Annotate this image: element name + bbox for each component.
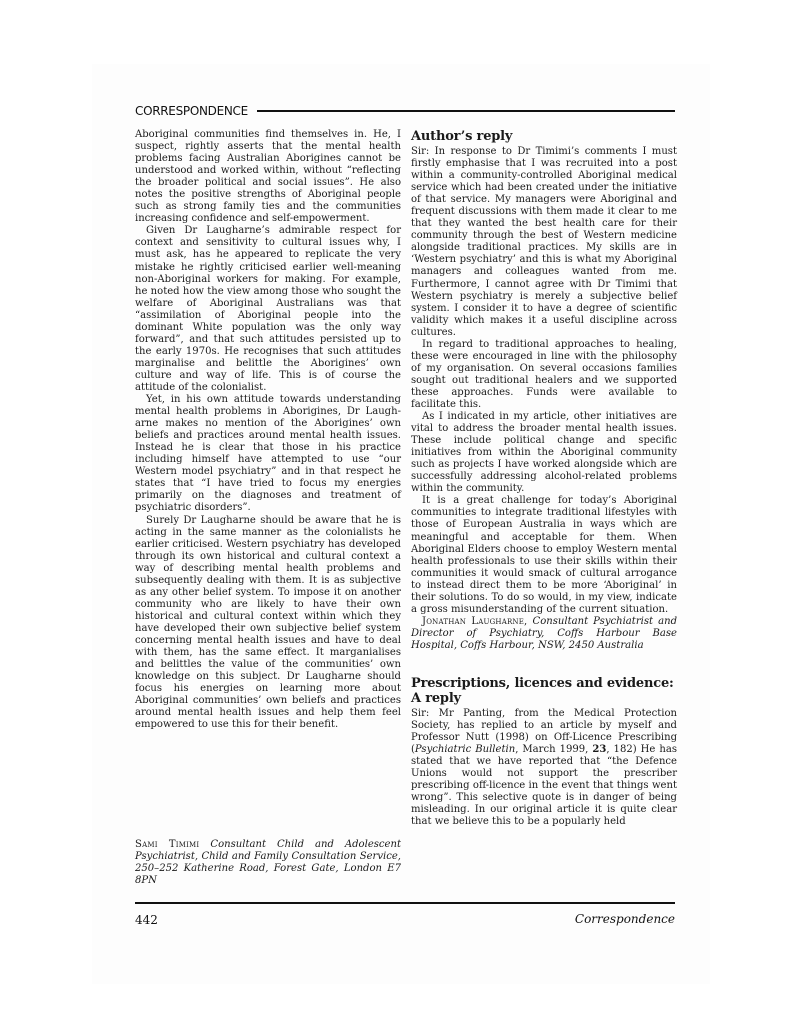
laugharne-signature: Jonathan Laugharne, Consultant Psychiatr… xyxy=(411,616,677,652)
footer-rule xyxy=(135,902,675,904)
paragraph-text: , 182) He has stated that we have report… xyxy=(411,744,677,827)
journal-title: Psychiatric Bulletin xyxy=(415,744,515,755)
reply-paragraph: As I indicated in my article, other init… xyxy=(411,411,677,495)
volume-number: 23 xyxy=(592,744,606,755)
paragraph-text: , March 1999, xyxy=(515,744,592,755)
section-label: CORRESPONDENCE xyxy=(135,104,248,118)
header-rule xyxy=(257,110,675,112)
article-heading: Prescriptions, licences and evidence: A … xyxy=(411,676,677,706)
running-head: CORRESPONDENCE xyxy=(135,103,675,119)
author-name: Jonathan Laugharne, xyxy=(422,616,527,627)
reply-paragraph: Sir: In response to Dr Timimi’s comments… xyxy=(411,146,677,339)
timimi-signature: Sami Timimi Consultant Child and Adolesc… xyxy=(135,839,401,887)
letter-paragraph: Yet, in his own attitude towards underst… xyxy=(135,394,401,514)
reply-paragraph: In regard to traditional approaches to h… xyxy=(411,339,677,411)
letter-paragraph: Aboriginal communities find themselves i… xyxy=(135,129,401,225)
left-column: Aboriginal communities find themselves i… xyxy=(135,129,401,731)
running-footer-title: Correspondence xyxy=(575,912,675,926)
letter-paragraph: Given Dr Laugharne’s admirable respect f… xyxy=(135,225,401,394)
letter-paragraph: Surely Dr Laugharne should be aware that… xyxy=(135,515,401,732)
reply-paragraph: It is a great challenge for today’s Abor… xyxy=(411,495,677,615)
author-name: Sami Timimi xyxy=(135,839,199,850)
page-number: 442 xyxy=(135,913,158,927)
reply-paragraph: Sir: Mr Panting, from the Medical Protec… xyxy=(411,708,677,828)
right-column: Author’s reply Sir: In response to Dr Ti… xyxy=(411,129,677,828)
article-heading: Author’s reply xyxy=(411,129,677,144)
